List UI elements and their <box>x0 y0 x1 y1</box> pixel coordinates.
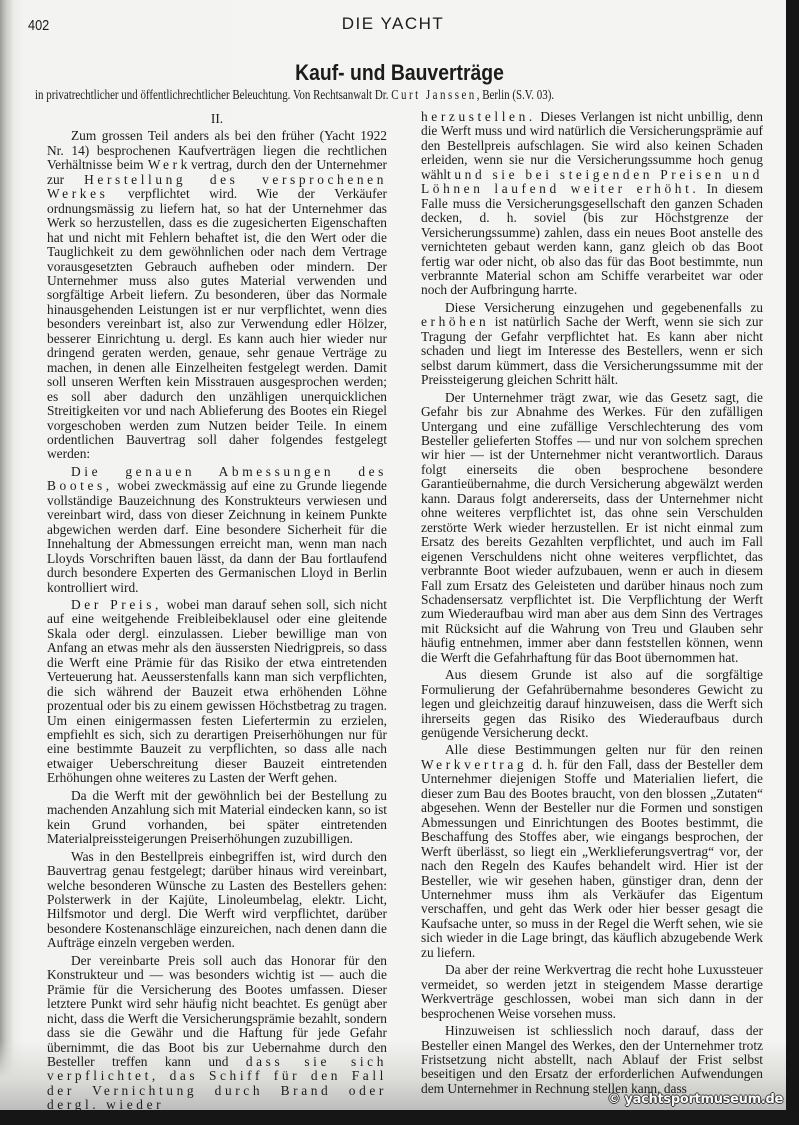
scan-edge-right <box>786 0 799 1125</box>
emphasis-text: Werk <box>148 157 191 172</box>
paragraph: herzustellen. Dieses Verlangen ist nicht… <box>421 110 763 298</box>
paragraph: Zum grossen Teil anders als bei den früh… <box>47 129 387 461</box>
emphasis-text: Werkvertrag <box>421 757 527 772</box>
running-head: DIE YACHT <box>0 14 786 34</box>
paragraph: Der Unternehmer trägt zwar, wie das Gese… <box>421 391 763 666</box>
text: wobei zweckmässig auf eine zu Grunde lie… <box>47 478 387 594</box>
text: Alle diese Bestimmungen gelten nur für d… <box>445 742 763 757</box>
scan-edge-bottom <box>0 1110 799 1125</box>
text: In diesem Falle muss die Versicherungsge… <box>421 181 763 297</box>
emphasis-text: Der Preis, <box>71 597 162 612</box>
text: wobei man darauf sehen soll, sich nicht … <box>47 597 387 785</box>
author-name: Curt Janssen <box>391 87 477 102</box>
emphasis-text: herzustellen. <box>421 109 536 124</box>
paragraph: Die genauen Abmessungen des Bootes, wobe… <box>47 465 387 595</box>
text: d. h. für den Fall, dass der Besteller d… <box>421 757 763 960</box>
text: Diese Versicherung einzugehen und gegebe… <box>445 300 763 315</box>
article-subtitle: in privatrechtlicher und öffentlichrecht… <box>35 87 633 103</box>
paragraph: Alle diese Bestimmungen gelten nur für d… <box>421 743 763 960</box>
paragraph: Der Preis, wobei man darauf sehen soll, … <box>47 598 387 786</box>
paragraph: Da aber der reine Werkvertrag die recht … <box>421 963 763 1021</box>
scanned-page: 402 DIE YACHT Kauf- und Bauverträge in p… <box>0 0 787 1110</box>
paragraph: Da die Werft mit der gewöhnlich bei der … <box>47 789 387 847</box>
paragraph: Diese Versicherung einzugehen und gegebe… <box>421 301 763 388</box>
right-column: herzustellen. Dieses Verlangen ist nicht… <box>421 110 763 1099</box>
left-column: II. Zum grossen Teil anders als bei den … <box>47 112 387 1116</box>
emphasis-text: erhöhen <box>421 314 489 329</box>
section-number: II. <box>47 112 387 126</box>
paragraph: Was in den Bestellpreis einbegriffen ist… <box>47 850 387 951</box>
author-affiliation: , Berlin (S.V. 03). <box>477 87 554 102</box>
paragraph: Der vereinbarte Preis soll auch das Hono… <box>47 954 387 1113</box>
paragraph: Hinzuweisen ist schliesslich noch darauf… <box>421 1024 763 1096</box>
subtitle-text: in privatrechtlicher und öffentlichrecht… <box>35 87 389 102</box>
article-title: Kauf- und Bauverträge <box>48 60 751 86</box>
watermark: © yachtsportmuseum.de <box>608 1092 783 1107</box>
paragraph: Aus diesem Grunde ist also auf die sorgf… <box>421 668 763 740</box>
text: Der vereinbarte Preis soll auch das Hono… <box>47 953 387 1069</box>
text: verpflichtet wird. Wie der Verkäufer ord… <box>47 186 387 461</box>
